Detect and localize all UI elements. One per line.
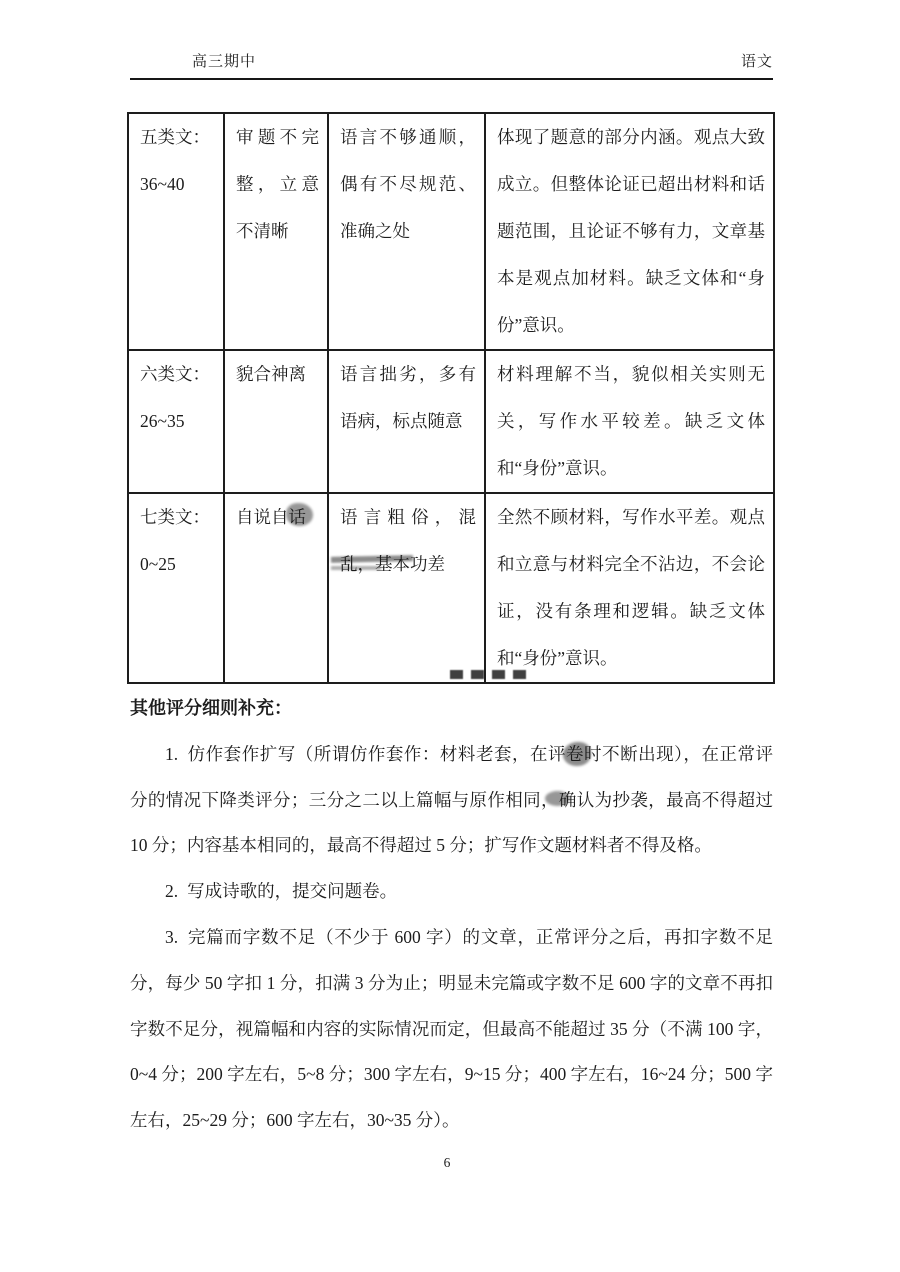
note-number: 2. — [165, 881, 178, 901]
language-cell: 语言拙劣，多有语病，标点随意 — [328, 350, 485, 493]
note-number: 1. — [165, 744, 178, 764]
page-number: 6 — [0, 1155, 894, 1171]
supplementary-notes: 其他评分细则补充： 1.仿作套作扩写（所谓仿作套作：材料老套，在评卷时不断出现）… — [130, 686, 773, 1144]
table-row: 六类文： 26~35 貌合神离 语言拙劣，多有语病，标点随意 材料理解不当，貌似… — [128, 350, 774, 493]
score-range: 26~35 — [140, 398, 215, 445]
header-right-title: 语文 — [741, 50, 773, 71]
score-range: 0~25 — [140, 541, 215, 588]
note-text: 写成诗歌的，提交问题卷。 — [187, 881, 397, 901]
topic-cell: 自说自话 — [224, 493, 328, 683]
note-text: 仿作套作扩写（所谓仿作套作：材料老套，在评卷时不断出现），在正常评分的情况下降类… — [130, 744, 773, 856]
note-item-1: 1.仿作套作扩写（所谓仿作套作：材料老套，在评卷时不断出现），在正常评分的情况下… — [130, 732, 773, 869]
description-cell: 全然不顾材料，写作水平差。观点和立意与材料完全不沾边，不会论证，没有条理和逻辑。… — [485, 493, 774, 683]
grade-cell: 五类文： 36~40 — [128, 113, 224, 350]
topic-cell: 审题不完整，立意不清晰 — [224, 113, 328, 350]
grade-label: 五类文： — [140, 114, 215, 161]
header-left-title: 高三期中 — [130, 50, 256, 71]
note-text: 完篇而字数不足（不少于 600 字）的文章，正常评分之后，再扣字数不足分，每少 … — [130, 927, 773, 1130]
topic-cell: 貌合神离 — [224, 350, 328, 493]
grade-cell: 六类文： 26~35 — [128, 350, 224, 493]
score-range: 36~40 — [140, 161, 215, 208]
note-item-2: 2.写成诗歌的，提交问题卷。 — [130, 869, 773, 915]
note-number: 3. — [165, 927, 178, 947]
grading-rubric-table: 五类文： 36~40 审题不完整，立意不清晰 语言不够通顺，偶有不尽规范、准确之… — [127, 112, 775, 684]
notes-heading: 其他评分细则补充： — [130, 686, 773, 732]
grade-label: 七类文： — [140, 494, 215, 541]
table-row: 五类文： 36~40 审题不完整，立意不清晰 语言不够通顺，偶有不尽规范、准确之… — [128, 113, 774, 350]
grade-cell: 七类文： 0~25 — [128, 493, 224, 683]
language-cell: 语言粗俗，混乱，基本功差 — [328, 493, 485, 683]
page-header: 高三期中 语文 — [130, 50, 773, 80]
note-item-3: 3.完篇而字数不足（不少于 600 字）的文章，正常评分之后，再扣字数不足分，每… — [130, 915, 773, 1144]
language-cell: 语言不够通顺，偶有不尽规范、准确之处 — [328, 113, 485, 350]
table-row: 七类文： 0~25 自说自话 语言粗俗，混乱，基本功差 全然不顾材料，写作水平差… — [128, 493, 774, 683]
grade-label: 六类文： — [140, 351, 215, 398]
description-cell: 体现了题意的部分内涵。观点大致成立。但整体论证已超出材料和话题范围，且论证不够有… — [485, 113, 774, 350]
description-cell: 材料理解不当，貌似相关实则无关，写作水平较差。缺乏文体和“身份”意识。 — [485, 350, 774, 493]
